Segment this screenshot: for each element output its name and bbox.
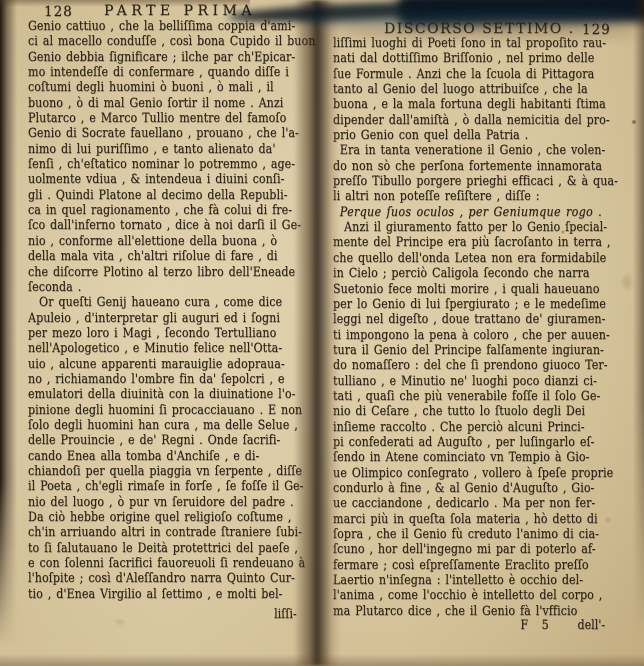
page-text-right: liſſimi luoghi di Poeti ſono in tal prop… — [333, 36, 632, 620]
text-line: il Poeta , ch'egli rimaſe in forſe , ſe … — [28, 479, 321, 494]
text-line: Genio cattiuo , che la belliſſima coppia… — [28, 19, 321, 34]
text-line: do non sò che perſona fortemente innamor… — [333, 159, 632, 174]
catchword-left: liſſi- — [28, 607, 297, 622]
text-line: cando Enea alla tomba d'Anchiſe , e di- — [28, 449, 321, 464]
text-line: ca in quel ragionamento , che fà colui d… — [28, 203, 321, 218]
text-line: condurlo à fine , & al Genio d'Auguſto ,… — [333, 481, 632, 496]
book-scan-photo: 128 PARTE PRIMA Genio cattiuo , che la b… — [0, 0, 644, 666]
text-line: ſco dall'inferno tornato , dice à noi da… — [28, 218, 321, 233]
text-line: ch'in arriuando altri in contrade ſtrani… — [28, 525, 321, 540]
text-line: Suetonio fece molti morire , i quali hau… — [333, 282, 632, 297]
text-line: ci al macello conduſſe , così bona Cupid… — [28, 34, 321, 49]
text-line: che diſcorre Plotino al terzo libro dell… — [28, 265, 321, 280]
text-line: ſopra , che il Genio fù creduto l'animo … — [333, 527, 632, 542]
text-line: uolmente vdiua , & intendeua i diuini co… — [28, 172, 321, 187]
text-line: per mezo loro i Magi , ſecondo Tertullia… — [28, 326, 321, 341]
text-line: to ſi ſalutauano le Deità protettrici de… — [28, 541, 321, 556]
text-line: ſendo in Atene cominciato vn Tempio à Gi… — [333, 450, 632, 465]
text-line: Da ciò hebbe origine quel religioſo coſt… — [28, 510, 321, 525]
text-line: ſeconda . — [28, 280, 321, 295]
text-line: in Cielo ; perciò Caligola ſecondo che n… — [333, 266, 632, 281]
text-line: mo intendeſſe di confermare , quando diſ… — [28, 65, 321, 80]
page-text-left: Genio cattiuo , che la belliſſima coppia… — [28, 19, 321, 605]
book-edge-bottom — [0, 654, 644, 666]
text-line: nio , conforme all'elettione della buona… — [28, 234, 321, 249]
text-line: nimo di lui puriſſimo , e tanto alienato… — [28, 142, 321, 157]
text-line: dipender dall'amiſtà , ò dalla nemicitia… — [333, 113, 632, 128]
text-line: ſolo degli huomini han cura , ma delle S… — [28, 418, 321, 433]
text-line: no , richiamando l'ombre fin da' ſepolcr… — [28, 372, 321, 387]
book-edge-left — [0, 0, 17, 666]
text-line: buona , e la mala fortuna degli habitant… — [333, 97, 632, 112]
text-line: preſſo Tibullo porgere prieghi efficaci … — [333, 174, 632, 189]
text-line: ue Olimpico conſegrato , vollero à ſpeſe… — [333, 466, 632, 481]
running-title-right: DISCORSO SETTIMO . — [384, 21, 575, 37]
text-line: ſue Formule . Anzi che la ſcuola di Pitt… — [333, 67, 632, 82]
text-line: della mala vita , ch'altri riſolue di fa… — [28, 249, 321, 264]
signature-line: F 5 dell'- — [333, 618, 632, 633]
text-line: nati dal dottiſſimo Briſſonio , nel prim… — [333, 51, 632, 66]
text-line: tati , quaſi che più venerabile foſſe il… — [333, 389, 632, 404]
running-title-left: PARTE PRIMA — [104, 3, 256, 19]
text-line: leggi nel digeſto , doue trattano de' gi… — [333, 312, 632, 327]
text-line: emulatori della diuinità con la diuinati… — [28, 387, 321, 402]
text-line: tanto al Genio del luogo attribuiſce , c… — [333, 82, 632, 97]
text-line: tio , d'Enea Virgilio al ſettimo , e mol… — [28, 587, 321, 602]
text-line: Genio debbia ſignificare ; ilche par ch'… — [28, 50, 321, 65]
text-line: uio , alcune apparenti marauiglie adopra… — [28, 357, 321, 372]
text-line: tulliano , e Minutio ne' luoghi poco dia… — [333, 374, 632, 389]
catchword-right: dell'- — [578, 618, 605, 633]
text-line: tura il Genio del Principe falſamente in… — [333, 343, 632, 358]
text-line: inſieme raccolto . Che perciò alcuni Pri… — [333, 420, 632, 435]
text-line: l'hoſpite ; così d'Aleſſandro narra Quin… — [28, 571, 321, 586]
text-line: Plutarco , e Marco Tullio mentre del fam… — [28, 111, 321, 126]
text-line: ma Plutarco dice , che il Genio fà l'vff… — [333, 604, 632, 619]
text-line: Genio di Socrate fauellano , prouano , c… — [28, 126, 321, 141]
text-line: mente del Principe era più ſacroſanto in… — [333, 235, 632, 250]
text-line: buono , ò di mal Genio ſortir il nome . … — [28, 96, 321, 111]
text-line: liſſimi luoghi di Poeti ſono in tal prop… — [333, 36, 632, 51]
text-line: Or queſti Genij haueano cura , come dice — [28, 295, 321, 310]
text-line: pi confederati ad Auguſto , per luſingar… — [333, 435, 632, 450]
text-line: ue cacciandone , dedicarlo . Ma per non … — [333, 496, 632, 511]
text-line: nell'Apologetico , e Minutio felice nell… — [28, 341, 321, 356]
text-line: ſenſi , ch'eſtatico nominar lo potremmo … — [28, 157, 321, 172]
text-line: per lo Genio di lui ſpergiurato ; e le m… — [333, 297, 632, 312]
text-line: Era in tanta veneratione il Genio , che … — [333, 143, 632, 158]
text-line: li altri non poteſſe reſiſtere , diſſe : — [333, 189, 632, 204]
text-line: gli . Quindi Platone al decimo della Rep… — [28, 188, 321, 203]
text-line: fermare ; così eſpreſſamente Eraclito pr… — [333, 558, 632, 573]
text-line: che quello dell'onda Letea non era formi… — [333, 251, 632, 266]
signature-mark-letter: F — [520, 618, 528, 633]
text-line: e con ſolenni ſacrifici fauoreuoli ſi re… — [28, 556, 321, 571]
text-line: pinione degli huomini ſi procacciauano .… — [28, 403, 321, 418]
text-line: coſtumi degli huomini ò buoni , ò mali ,… — [28, 80, 321, 95]
text-line: marci più in queſta ſola materia , hò de… — [333, 512, 632, 527]
book-edge-right — [633, 0, 644, 666]
text-line: Apuleio , d'interpretar gli auguri ed i … — [28, 311, 321, 326]
text-line: Laertio n'inſegna : l'intelletto è occhi… — [333, 573, 632, 588]
text-line: do nomaſſero : del che ſi prendono giuoc… — [333, 358, 632, 373]
text-line: nio di Ceſare , che tutto lo ſtuolo degl… — [333, 404, 632, 419]
text-line: prio Genio con quel della Patria . — [333, 128, 632, 143]
text-line: ti impongono la pena à coloro , che per … — [333, 328, 632, 343]
text-line: delle Prouincie , e de' Regni . Onde ſac… — [28, 433, 321, 448]
text-line: nio del luogo , ò pur vn ſeruidore del p… — [28, 495, 321, 510]
text-line: ſcuno , hor dell'ingegno mi par di poter… — [333, 542, 632, 557]
text-line: chiandoſi per quella piaggia vn ſerpente… — [28, 464, 321, 479]
text-line: Anzi il giuramento fatto per lo Genio ſp… — [333, 220, 632, 235]
text-line: Perque ſuos oculos , per Geniumque rogo … — [333, 205, 632, 220]
page-number-left: 128 — [44, 4, 73, 20]
text-line: l'anima , come l'occhio è intelletto del… — [333, 588, 632, 603]
signature-mark-number: 5 — [542, 618, 549, 633]
